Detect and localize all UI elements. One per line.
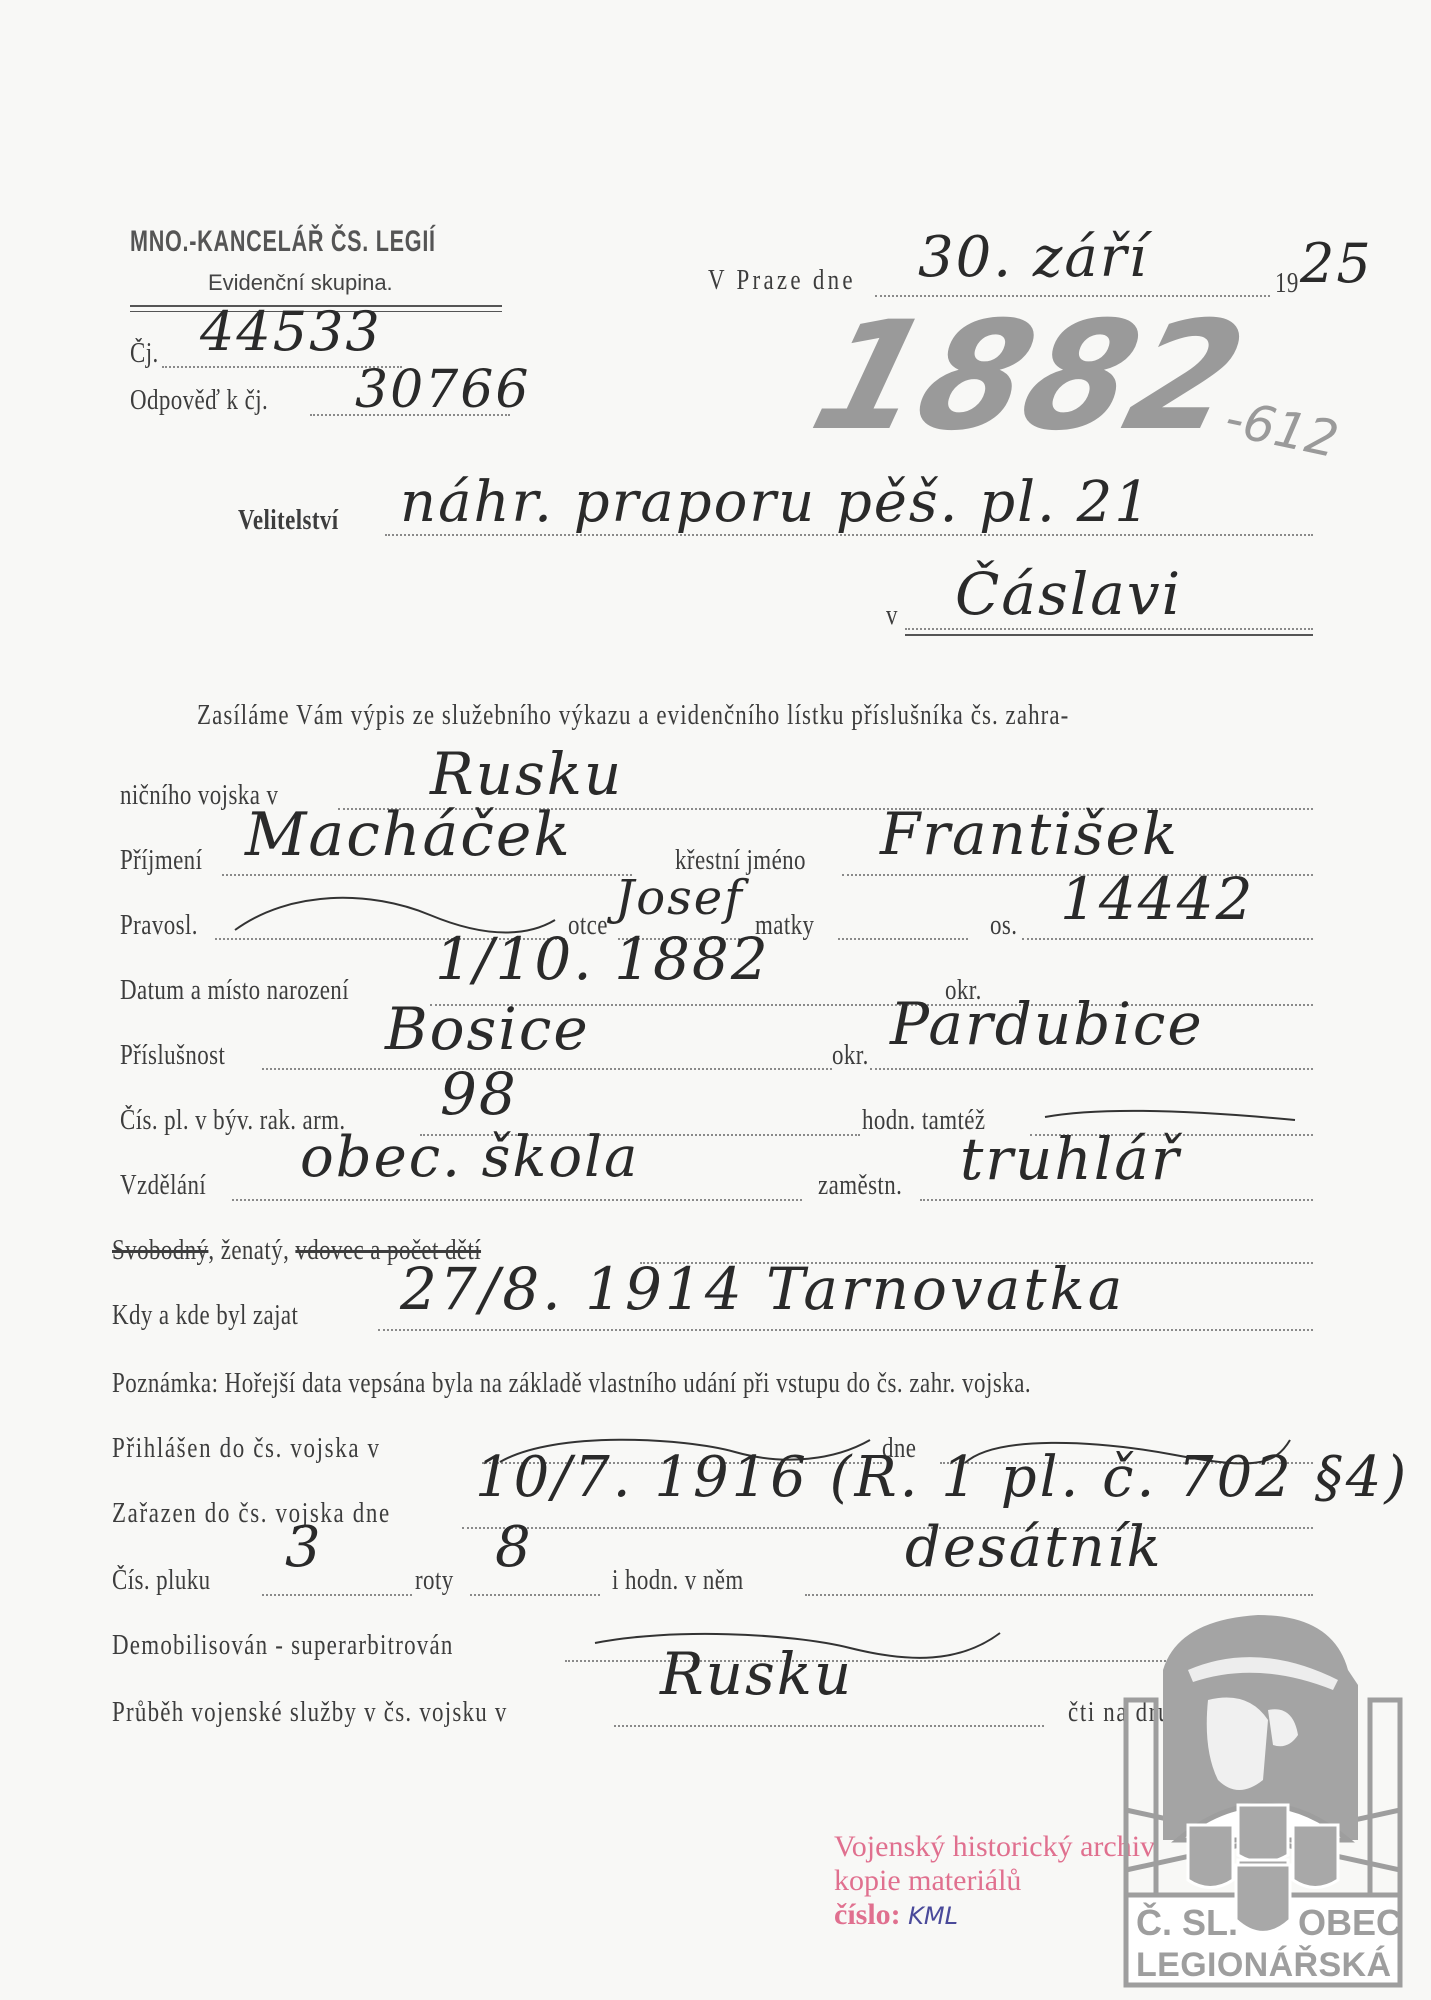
domicile-okr-value: Pardubice — [890, 990, 1204, 1058]
domicile-value: Bosice — [385, 995, 590, 1063]
os-line — [1022, 938, 1313, 940]
education-label: Vzdělání — [120, 1170, 206, 1202]
service-value: Rusku — [660, 1640, 853, 1708]
father-value: Josef — [615, 870, 744, 926]
os-label: os. — [990, 910, 1017, 942]
in-rule — [905, 634, 1313, 636]
emblem-text-left: Č. SL. — [1136, 1901, 1238, 1943]
domicile-okr-label: okr. — [832, 1040, 869, 1072]
birth-value: 1/10. 1882 — [435, 925, 770, 993]
religion-label: Pravosl. — [120, 910, 198, 942]
assigned-label: Zařazen do čs. vojska dne — [112, 1498, 391, 1530]
emblem-text-right: OBEC — [1298, 1902, 1402, 1943]
archive-stamp: Vojenský historický archiv kopie materiá… — [834, 1830, 1155, 1933]
unit-rank-label: i hodn. v něm — [612, 1565, 744, 1597]
mother-line — [838, 938, 968, 940]
company-line — [470, 1594, 600, 1596]
firstname-value: František — [880, 800, 1179, 868]
in-line — [905, 628, 1313, 630]
in-value: Čáslavi — [955, 560, 1182, 628]
intro-line: Zasíláme Vám výpis ze služebního výkazu … — [197, 700, 1069, 732]
year-prefix: 19 — [1275, 268, 1299, 300]
marital-single-struck: Svobodný — [112, 1235, 208, 1266]
company-value: 8 — [495, 1515, 533, 1580]
domicile-line — [262, 1068, 832, 1070]
domicile-label: Příslušnost — [120, 1040, 225, 1072]
marital-married: , ženatý, — [208, 1235, 295, 1266]
unit-rank-value: desátník — [905, 1515, 1163, 1580]
year-suffix: 25 — [1300, 232, 1373, 295]
service-line — [614, 1725, 1044, 1727]
office-title: MNO.-KANCELÁŘ ČS. LEGIÍ — [130, 225, 436, 259]
stamp-line-3: číslo: KML — [834, 1898, 1155, 1933]
surname-value: Macháček — [245, 800, 572, 870]
pencil-suffix: -612 — [1220, 389, 1343, 469]
reply-value: 30766 — [355, 360, 530, 420]
cj-value: 44533 — [200, 300, 382, 363]
stamp-number-value: KML — [908, 1902, 958, 1930]
surname-label: Příjmení — [120, 845, 202, 877]
captured-value: 27/8. 1914 Tarnovatka — [400, 1255, 1125, 1323]
unit-regiment-value: 3 — [285, 1515, 323, 1580]
unit-regiment-label: Čís. pluku — [112, 1565, 211, 1597]
occupation-value: truhlář — [960, 1125, 1181, 1193]
stamp-number-label: číslo: — [834, 1898, 901, 1931]
pencil-file-number: 1882 — [797, 290, 1261, 464]
unit-rank-line — [805, 1594, 1313, 1596]
stamp-line-2: kopie materiálů — [834, 1864, 1155, 1898]
occupation-line — [920, 1199, 1313, 1201]
command-value: náhr. praporu pěš. pl. 21 — [400, 470, 1152, 535]
legion-emblem-logo: Č. SL. OBEC LEGIONÁŘSKÁ — [1118, 1610, 1408, 1990]
captured-label: Kdy a kde byl zajat — [112, 1300, 298, 1332]
reply-label: Odpověď k čj. — [130, 385, 268, 417]
document-page: MNO.-KANCELÁŘ ČS. LEGIÍ Evidenční skupin… — [0, 0, 1431, 2000]
education-line — [232, 1199, 802, 1201]
service-label: Průběh vojenské služby v čs. vojsku v — [112, 1697, 508, 1729]
date-value: 30. září — [918, 225, 1148, 290]
birth-label: Datum a místo narození — [120, 975, 349, 1007]
education-value: obec. škola — [300, 1125, 639, 1190]
emblem-text-bottom: LEGIONÁŘSKÁ — [1136, 1946, 1391, 1984]
domicile-okr-line — [870, 1068, 1313, 1070]
assigned-line — [462, 1527, 1313, 1529]
cj-label: Čj. — [130, 338, 159, 370]
captured-line — [378, 1329, 1313, 1331]
country-value: Rusku — [430, 740, 623, 808]
demob-label: Demobilisován - superarbitrován — [112, 1630, 454, 1662]
registered-label: Přihlášen do čs. vojska v — [112, 1433, 381, 1465]
company-label: roty — [415, 1565, 454, 1597]
office-subtitle: Evidenční skupina. — [208, 270, 393, 296]
in-label: v — [886, 600, 898, 632]
note-text: Poznámka: Hořejší data vepsána byla na z… — [112, 1368, 1031, 1400]
stamp-line-1: Vojenský historický archiv — [834, 1830, 1155, 1864]
regiment-value: 98 — [440, 1060, 518, 1128]
command-label: Velitelství — [238, 505, 339, 537]
assigned-value: 10/7. 1916 (R. 1 pl. č. 702 §4) — [475, 1445, 1409, 1510]
place-label: V Praze dne — [708, 265, 856, 297]
surname-line — [222, 874, 632, 876]
occupation-label: zaměstn. — [818, 1170, 902, 1202]
unit-regiment-line — [262, 1594, 412, 1596]
os-value: 14442 — [1060, 865, 1255, 933]
